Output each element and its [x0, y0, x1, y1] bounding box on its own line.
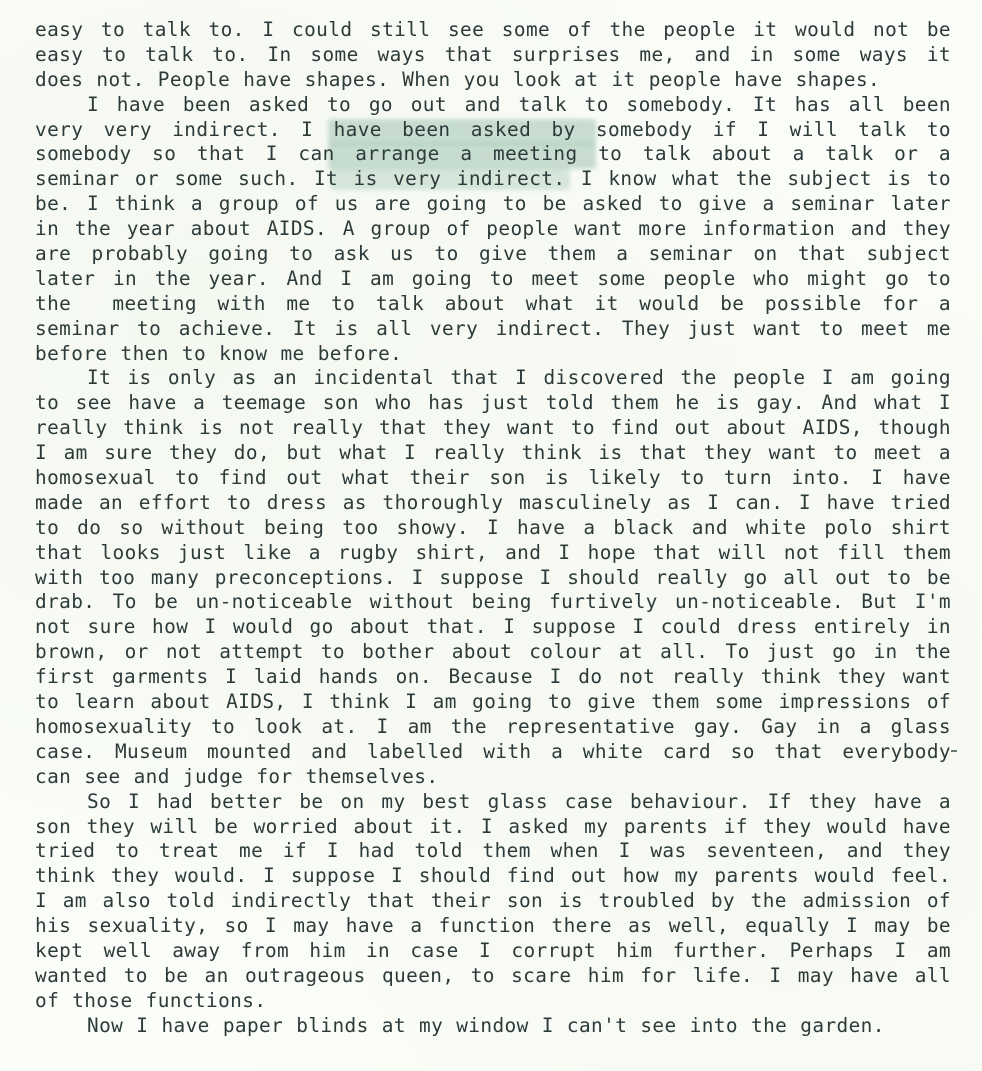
text-line: to learn about AIDS, I think I am going … [35, 690, 951, 715]
text-line: very very indirect. I have been asked by… [35, 118, 951, 143]
text-line: seminar to achieve. It is all very indir… [35, 317, 951, 342]
text-line: easy to talk to. I could still see some … [35, 18, 951, 43]
text-line: the meeting with me to talk about what i… [35, 292, 951, 317]
text-line: think they would. I suppose I should fin… [35, 864, 951, 889]
text-line: first garments I laid hands on. Because … [35, 665, 951, 690]
text-line: in the year about AIDS. A group of peopl… [35, 217, 951, 242]
text-line: really think is not really that they wan… [35, 416, 951, 441]
text-line: case. Museum mounted and labelled with a… [35, 740, 951, 765]
text-line: can see and judge for themselves. [35, 765, 951, 790]
paragraph-first-line: I have been asked to go out and talk to … [35, 93, 951, 118]
text-line: of those functions. [35, 989, 951, 1014]
scanned-page: easy to talk to. I could still see some … [0, 0, 982, 1071]
text-line: drab. To be un-noticeable without being … [35, 590, 951, 615]
text-line: somebody so that I can arrange a meeting… [35, 142, 951, 167]
text-line: later in the year. And I am going to mee… [35, 267, 951, 292]
text-line: be. I think a group of us are going to b… [35, 192, 951, 217]
text-line: I am also told indirectly that their son… [35, 889, 951, 914]
text-line: seminar or some such. It is very indirec… [35, 167, 951, 192]
text-line: with too many preconceptions. I suppose … [35, 566, 951, 591]
margin-tick-mark [951, 750, 957, 752]
paragraph-first-line: It is only as an incidental that I disco… [35, 366, 951, 391]
text-line: brown, or not attempt to bother about co… [35, 640, 951, 665]
text-line: homosexuality to look at. I am the repre… [35, 715, 951, 740]
text-line: kept well away from him in case I corrup… [35, 939, 951, 964]
text-line: to see have a teemage son who has just t… [35, 391, 951, 416]
text-line: that looks just like a rugby shirt, and … [35, 541, 951, 566]
text-line: to do so without being too showy. I have… [35, 516, 951, 541]
text-line: homosexual to find out what their son is… [35, 466, 951, 491]
text-line: not sure how I would go about that. I su… [35, 615, 951, 640]
text-line: before then to know me before. [35, 342, 951, 367]
text-line: tried to treat me if I had told them whe… [35, 839, 951, 864]
body-text: easy to talk to. I could still see some … [35, 18, 951, 1039]
text-line: does not. People have shapes. When you l… [35, 68, 951, 93]
paragraph-first-line: Now I have paper blinds at my window I c… [35, 1014, 951, 1039]
text-line: are probably going to ask us to give the… [35, 242, 951, 267]
text-line: easy to talk to. In some ways that surpr… [35, 43, 951, 68]
text-line: wanted to be an outrageous queen, to sca… [35, 964, 951, 989]
text-line: made an effort to dress as thoroughly ma… [35, 491, 951, 516]
text-line: his sexuality, so I may have a function … [35, 914, 951, 939]
paragraph-first-line: So I had better be on my best glass case… [35, 790, 951, 815]
text-line: I am sure they do, but what I really thi… [35, 441, 951, 466]
text-line: son they will be worried about it. I ask… [35, 815, 951, 840]
